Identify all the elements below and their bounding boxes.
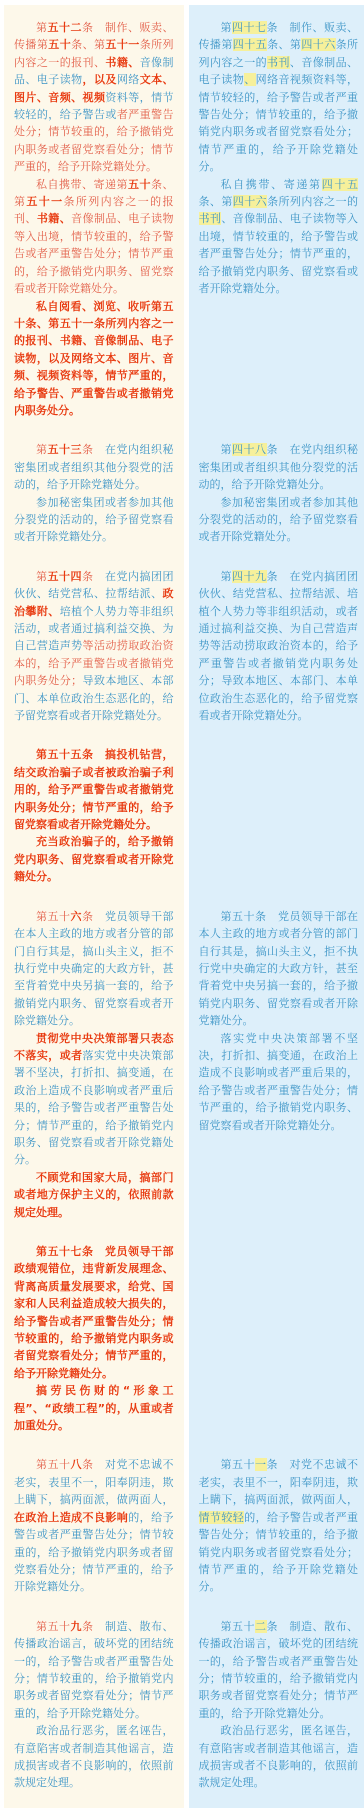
text-segment: 第	[221, 443, 233, 456]
text-segment: 五十三	[48, 443, 83, 456]
paragraph: 搞劳民伤财的“形象工程”、“政绩工程”的，从重或者加重处分。	[14, 1382, 174, 1434]
comparison-row: 第五十二条 制作、贩卖、传播第五十条、第五十一条所列内容之一的报刊、书籍、音像制…	[4, 5, 364, 441]
paragraph: 第五十条 党员领导干部在本人主政的地方或者分管的部门自行其是，搞山头主义，拒不执…	[199, 908, 359, 1030]
paragraph: 私自携带、寄递第五十条、第五十一条所列内容之一的报刊、书籍、音像制品、电子读物等…	[14, 176, 174, 298]
text-segment: 不顾党和国家大局，搞部门或者地方保护主义的，依照前款规定处理。	[14, 1171, 174, 1219]
highlighted-text: 情节较轻	[199, 1511, 245, 1524]
text-segment: 第	[36, 21, 48, 34]
paragraph: 第五十四条 在党内搞团团伙伙、结党营私、拉帮结派、政治攀附、培植个人势力等非组织…	[14, 568, 174, 725]
paragraph: 第五十二条 制作、贩卖、传播第五十条、第五十一条所列内容之一的报刊、书籍、音像制…	[14, 19, 174, 176]
paragraph: 不顾党和国家大局，搞部门或者地方保护主义的，依照前款规定处理。	[14, 1169, 174, 1221]
paragraph: 第四十八条 在党内组织秘密集团或者组织其他分裂党的活动的，给予开除党籍处分。	[199, 441, 359, 493]
highlighted-text: 二	[255, 1620, 267, 1633]
text-segment: 参加秘密集团或者参加其他分裂党的活动的，给予留党察看或者开除党籍处分。	[14, 496, 174, 544]
text-segment: 条	[267, 570, 279, 583]
text-segment: 八	[71, 1458, 83, 1471]
highlighted-text: 四十六	[233, 195, 267, 208]
paragraph: 充当政治骗子的，给予撤销党内职务、留党察看或者开除党籍处分。	[14, 833, 174, 885]
text-segment: 搞劳民伤财的“形象工程”、“政绩工程”的，从重或者加重处分。	[14, 1384, 174, 1432]
highlighted-text: 书刊	[199, 212, 222, 225]
text-segment: 书籍、	[37, 212, 71, 225]
old-version-column-cell	[189, 1243, 364, 1456]
new-version-column-cell: 第五十六条 党员领导干部在本人主政的地方或者分管的部门自行其是，搞山头主义，拒不…	[4, 908, 184, 1243]
text-segment: 在党内搞团团伙伙、结党营私、拉帮结派、培植个人势力等非组织活动，或者通过搞利益交…	[199, 570, 359, 722]
new-version-column-cell: 第五十七条 党员领导干部政绩观错位，违背新发展理念、背离高质量发展要求，给党、国…	[4, 1243, 184, 1456]
paragraph: 私自阅看、浏览、收听第五十条、第五十一条所列内容之一的报刊、书籍、音像制品、电子…	[14, 298, 174, 420]
comparison-row: 第五十四条 在党内搞团团伙伙、结党营私、拉帮结派、政治攀附、培植个人势力等非组织…	[4, 568, 364, 747]
text-segment: 条	[82, 910, 94, 923]
old-version-column-cell: 第四十八条 在党内组织秘密集团或者组织其他分裂党的活动的，给予开除党籍处分。参加…	[189, 441, 364, 567]
text-segment: 六	[71, 910, 83, 923]
text-segment: 第五十七条 党员领导干部政绩观错位，违背新发展理念、背离高质量发展要求，给党、国…	[14, 1245, 174, 1380]
comparison-row: 第五十八条 对党不忠诚不老实，表里不一，阳奉阴违，欺上瞒下，搞两面派，做两面人，…	[4, 1456, 364, 1617]
text-segment: 、音像制品、电子读物等入出境，情节较重的，给予警告或者严重警告处分；情节严重的，…	[199, 212, 359, 295]
text-segment: 第五十	[36, 1458, 71, 1471]
paragraph: 第四十七条 制作、贩卖、传播第四十五条、第四十六条所列内容之一的书刊、音像制品、…	[199, 19, 359, 176]
paragraph: 第四十九条 在党内搞团团伙伙、结党营私、拉帮结派、培植个人势力等非组织活动，或者…	[199, 568, 359, 725]
paragraph: 参加秘密集团或者参加其他分裂党的活动的，给予留党察看或者开除党籍处分。	[199, 494, 359, 546]
paragraph: 第五十六条 党员领导干部在本人主政的地方或者分管的部门自行其是，搞山头主义，拒不…	[14, 908, 174, 1030]
text-segment: 政治品行恶劣，匿名诬告，有意陷害或者制造其他谣言，造成损害或者不良影响的，依照前…	[14, 1724, 174, 1789]
text-segment: 第五十五条 搞投机钻营，结交政治骗子或者被政治骗子利用的，给予严重警告或者撤销党…	[14, 748, 174, 831]
text-segment: 网络	[117, 73, 140, 86]
text-segment: 在政治上造成不良影响	[14, 1511, 128, 1524]
text-segment: 书籍、	[105, 56, 139, 69]
text-segment: 第五十	[36, 910, 71, 923]
text-segment: 第五十	[36, 1620, 71, 1633]
text-segment: 私自携带、寄递第	[36, 178, 128, 191]
text-segment: 私自阅看、浏览、收听第五十条、第五十一条所列内容之一的报刊、书籍、音像制品、电子…	[14, 300, 174, 417]
text-segment: 报刊、	[71, 56, 105, 69]
text-segment: 私自携带、寄递第	[221, 178, 322, 191]
highlighted-text: 四十八	[232, 443, 267, 456]
text-segment: 落实党中央决策部署不坚决，打折扣、搞变通，在政治上造成不良影响或者严重后果的，给…	[14, 1049, 174, 1166]
paragraph: 第五十三条 在党内组织秘密集团或者组织其他分裂党的活动的，给予开除党籍处分。	[14, 441, 174, 493]
paragraph: 落实党中央决策部署不坚决，打折扣、搞变通，在政治上造成不良影响或者严重后果的，给…	[199, 1030, 359, 1134]
text-segment: 第	[36, 570, 48, 583]
paragraph: 政治品行恶劣，匿名诬告，有意陷害或者制造其他谣言，造成损害或者不良影响的，依照前…	[199, 1722, 359, 1792]
text-segment: 条、第	[199, 195, 233, 208]
text-segment: 第五十	[221, 1620, 256, 1633]
text-segment: 条、第	[71, 38, 105, 51]
old-version-column-cell: 第四十七条 制作、贩卖、传播第四十五条、第四十六条所列内容之一的书刊、音像制品、…	[189, 5, 364, 441]
text-segment: 第	[36, 443, 48, 456]
comparison-row: 第五十九条 制造、散布、传播政治谣言，破坏党的团结统一的，给予警告或者严重警告处…	[4, 1618, 364, 1808]
text-segment: 条	[82, 1458, 94, 1471]
text-segment: 政治品行恶劣，匿名诬告，有意陷害或者制造其他谣言，造成损害或者不良影响的，依照前…	[199, 1724, 359, 1789]
text-segment: 第	[221, 21, 233, 34]
paragraph: 第五十五条 搞投机钻营，结交政治骗子或者被政治骗子利用的，给予严重警告或者撤销党…	[14, 746, 174, 833]
new-version-column-cell: 第五十四条 在党内搞团团伙伙、结党营私、拉帮结派、政治攀附、培植个人势力等非组织…	[4, 568, 184, 747]
text-segment: 网络音视频资料等，情节较轻的，给予警告或者严重警告处分；情节较重的，给予撤销党内…	[199, 73, 359, 173]
text-segment: 条所列内容之一的	[267, 195, 358, 208]
text-segment: 五十二	[48, 21, 83, 34]
paragraph: 第五十二条 制造、散布、传播政治谣言，破坏党的团结统一的，给予警告或者严重警告处…	[199, 1618, 359, 1722]
highlighted-text: 四十五	[233, 38, 267, 51]
comparison-row: 第五十七条 党员领导干部政绩观错位，违背新发展理念、背离高质量发展要求，给党、国…	[4, 1243, 364, 1456]
highlighted-text: 一	[255, 1458, 267, 1471]
comparison-row: 第五十三条 在党内组织秘密集团或者组织其他分裂党的活动的，给予开除党籍处分。参加…	[4, 441, 364, 567]
old-version-column-cell: 第四十九条 在党内搞团团伙伙、结党营私、拉帮结派、培植个人势力等非组织活动，或者…	[189, 568, 364, 747]
text-segment: 充当政治骗子的，给予撤销党内职务、留党察看或者开除党籍处分。	[14, 835, 174, 883]
new-version-column-cell: 第五十九条 制造、散布、传播政治谣言，破坏党的团结统一的，给予警告或者严重警告处…	[4, 1618, 184, 1808]
text-segment: 制造、散布、传播政治谣言，破坏党的团结统一的，给予警告或者严重警告处分；情节较重…	[14, 1620, 174, 1720]
old-version-column-cell: 第五十一条 对党不忠诚不老实，表里不一，阳奉阴违，欺上瞒下，搞两面派，做两面人，…	[189, 1456, 364, 1617]
text-segment: 九	[71, 1620, 83, 1633]
comparison-row: 第五十六条 党员领导干部在本人主政的地方或者分管的部门自行其是，搞山头主义，拒不…	[4, 908, 364, 1243]
old-version-column-cell: 第五十条 党员领导干部在本人主政的地方或者分管的部门自行其是，搞山头主义，拒不执…	[189, 908, 364, 1243]
paragraph: 参加秘密集团或者参加其他分裂党的活动的，给予留党察看或者开除党籍处分。	[14, 494, 174, 546]
comparison-row: 第五十五条 搞投机钻营，结交政治骗子或者被政治骗子利用的，给予严重警告或者撤销党…	[4, 746, 364, 907]
text-segment: 参加秘密集团或者参加其他分裂党的活动的，给予留党察看或者开除党籍处分。	[199, 496, 359, 544]
highlighted-text: 四十五	[322, 178, 358, 191]
text-segment: 五十	[128, 178, 151, 191]
text-segment: 条	[82, 443, 94, 456]
old-version-column-cell	[189, 746, 364, 907]
highlighted-text: 四十七	[232, 21, 267, 34]
highlighted-text: 四十九	[232, 570, 267, 583]
text-segment: 五十一	[26, 195, 63, 208]
old-version-column-cell: 第五十二条 制造、散布、传播政治谣言，破坏党的团结统一的，给予警告或者严重警告处…	[189, 1618, 364, 1808]
regulation-comparison-document: 第五十二条 制作、贩卖、传播第五十条、第五十一条所列内容之一的报刊、书籍、音像制…	[0, 0, 364, 1817]
highlighted-text: 四十六	[301, 38, 335, 51]
text-segment: 第五十条 党员领导干部在本人主政的地方或者分管的部门自行其是，搞山头主义，拒不执…	[199, 910, 359, 1027]
highlighted-text: 书刊	[267, 56, 290, 69]
text-segment: 条	[82, 570, 94, 583]
new-version-column-cell: 第五十八条 对党不忠诚不老实，表里不一，阳奉阴违，欺上瞒下，搞两面派，做两面人，…	[4, 1456, 184, 1617]
paragraph: 第五十七条 党员领导干部政绩观错位，违背新发展理念、背离高质量发展要求，给党、国…	[14, 1243, 174, 1382]
text-segment: 条、第	[267, 38, 301, 51]
text-segment: 第五十	[221, 1458, 256, 1471]
new-version-column-cell: 第五十三条 在党内组织秘密集团或者组织其他分裂党的活动的，给予开除党籍处分。参加…	[4, 441, 184, 567]
paragraph: 私自携带、寄递第四十五条、第四十六条所列内容之一的书刊、音像制品、电子读物等入出…	[199, 176, 359, 298]
text-segment: 五十四	[48, 570, 83, 583]
highlighted-text: 、	[244, 73, 255, 86]
text-segment: ，以及	[83, 73, 117, 86]
text-segment: 第	[221, 570, 233, 583]
text-segment: 五十	[48, 38, 71, 51]
new-version-column-cell: 第五十二条 制作、贩卖、传播第五十条、第五十一条所列内容之一的报刊、书籍、音像制…	[4, 5, 184, 441]
text-segment: 条	[267, 443, 279, 456]
new-version-column-cell: 第五十五条 搞投机钻营，结交政治骗子或者被政治骗子利用的，给予严重警告或者撤销党…	[4, 746, 184, 907]
text-segment: 党员领导干部在本人主政的地方或者分管的部门自行其是，搞山头主义，拒不执行党中央确…	[14, 910, 174, 1027]
paragraph: 第五十八条 对党不忠诚不老实，表里不一，阳奉阴违，欺上瞒下，搞两面派，做两面人，…	[14, 1456, 174, 1595]
text-segment: 五十一	[105, 38, 139, 51]
text-segment: 条 制造、散布、传播政治谣言，破坏党的团结统一的，给予警告或者严重警告处分；情节…	[199, 1620, 359, 1720]
text-segment: 落实党中央决策部署不坚决，打折扣、搞变通，在政治上造成不良影响或者严重后果的，给…	[199, 1032, 359, 1132]
text-segment: 条所列内容之一的	[64, 195, 163, 208]
paragraph: 第五十九条 制造、散布、传播政治谣言，破坏党的团结统一的，给予警告或者严重警告处…	[14, 1618, 174, 1722]
text-segment: 条	[82, 1620, 94, 1633]
paragraph: 政治品行恶劣，匿名诬告，有意陷害或者制造其他谣言，造成损害或者不良影响的，依照前…	[14, 1722, 174, 1792]
paragraph: 第五十一条 对党不忠诚不老实，表里不一，阳奉阴违，欺上瞒下，搞两面派，做两面人，…	[199, 1456, 359, 1595]
paragraph: 贯彻党中央决策部署只表态不落实，或者落实党中央决策部署不坚决，打折扣、搞变通，在…	[14, 1030, 174, 1169]
